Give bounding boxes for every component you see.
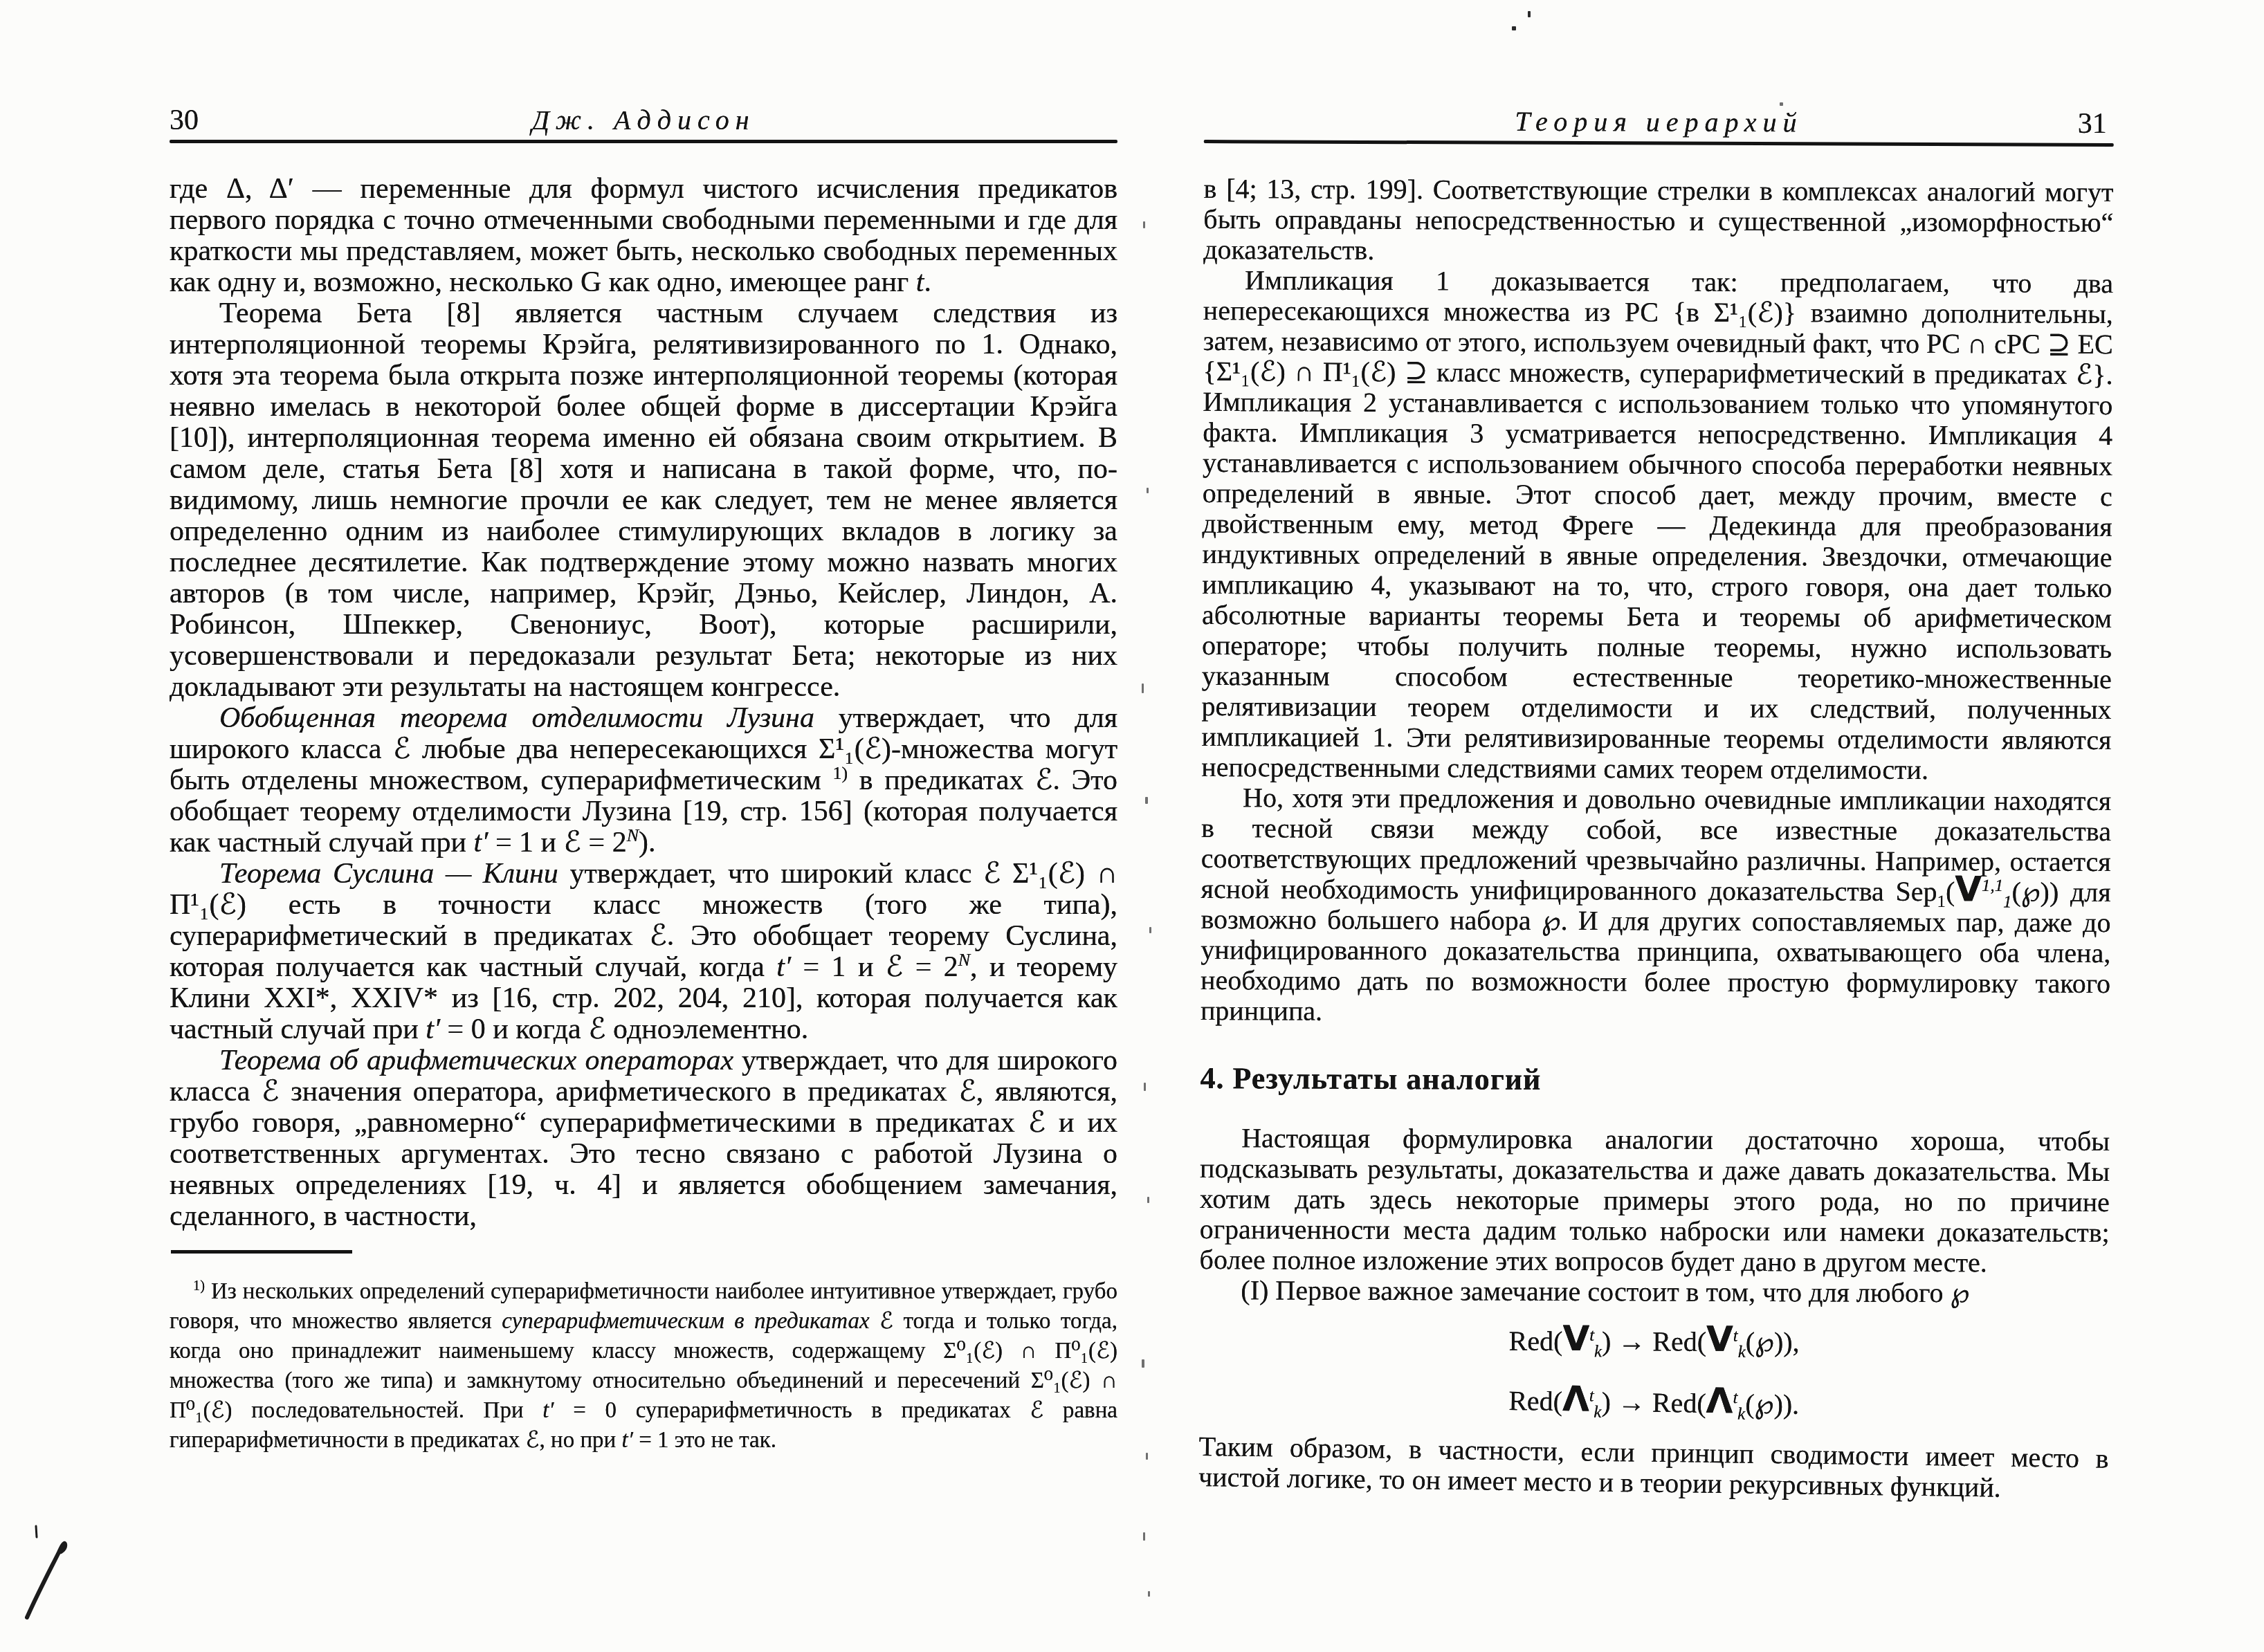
text-run: Теорема об арифметических операторах (219, 1045, 733, 1076)
footnote-rule (171, 1250, 352, 1254)
paragraph: где Δ, Δ′ — переменные для формул чистог… (170, 174, 1117, 298)
text-run: . (924, 266, 931, 298)
text-run: k (1737, 1404, 1745, 1423)
text-run: 1) (193, 1278, 205, 1294)
text-run: ) → Red( (1602, 1325, 1706, 1357)
gutter-speck (1146, 1453, 1148, 1460)
right-page: Теория иерархий 31 в [4; 13, стр. 199]. … (1198, 104, 2114, 1496)
text-run: ). (639, 827, 656, 859)
left-page-header: 30 Дж. Аддисон (170, 104, 1117, 140)
gutter-speck (1147, 488, 1149, 493)
text-run: 1) (832, 763, 848, 783)
text-run: Обобщенная теорема отделимости Лузина (219, 702, 814, 734)
text-run: = 1 и ℰ = 2 (791, 951, 958, 983)
footnote-text: 1) Из нескольких определений суперарифме… (170, 1277, 1117, 1456)
stray-speck (1528, 11, 1531, 17)
text-run: (℘)), (1746, 1326, 1800, 1357)
text-run: t′ (776, 951, 791, 983)
stray-speck (1512, 26, 1516, 30)
footnote-block: 1) Из нескольких определений суперарифме… (170, 1250, 1117, 1456)
gutter-speck (1149, 927, 1151, 933)
section-heading: 4. Результаты аналогий (1201, 1063, 2110, 1097)
text-run: V (1706, 1319, 1733, 1359)
text-run: в [4; 13, стр. 199]. Соответствующие стр… (1203, 173, 2114, 266)
gutter-speck (1143, 221, 1145, 228)
text-run: Импликация 1 доказывается так: предполаг… (1201, 264, 2113, 785)
book-spread: 30 Дж. Аддисон где Δ, Δ′ — переменные дл… (0, 0, 2264, 1652)
running-title-right: Теория иерархий (1204, 104, 2114, 140)
text-run: k (1594, 1403, 1601, 1422)
gutter-speck (1148, 1591, 1150, 1597)
paragraph: Импликация 1 доказывается так: предполаг… (1201, 265, 2113, 786)
text-run: Теорема Суслина — Клини (219, 858, 558, 890)
text-run: t (916, 266, 924, 298)
display-formula: Red(Λtk) → Red(Λtk(℘)). (1198, 1375, 2109, 1431)
left-page-body: где Δ, Δ′ — переменные для формул чистог… (170, 174, 1117, 1232)
display-formula: Red(Vtk) → Red(Vtk(℘)), (1199, 1318, 2109, 1366)
gutter-speck (1142, 1359, 1144, 1368)
right-page-header: Теория иерархий 31 (1204, 104, 2114, 143)
text-run: ) → Red( (1601, 1386, 1706, 1419)
gutter-speck (1147, 1197, 1149, 1203)
text-run: = 1 и ℰ = 2 (488, 827, 626, 859)
text-run: N (627, 825, 639, 845)
text-run: k (1738, 1343, 1746, 1361)
paragraph: Но, хотя эти предложения и довольно очев… (1201, 782, 2111, 1029)
text-run: (℘)). (1745, 1388, 1799, 1420)
right-page-body: в [4; 13, стр. 199]. Соответствующие стр… (1198, 174, 2113, 1496)
text-run: t′ (426, 1013, 440, 1045)
paragraph: (I) Первое важное замечание состоит в то… (1199, 1275, 2109, 1309)
text-run: Теорема Бета [8] является частным случае… (170, 297, 1117, 703)
text-run: V (1562, 1319, 1589, 1359)
gutter-speck (1142, 683, 1144, 693)
paragraph: Настоящая формулировка аналогии достаточ… (1199, 1123, 2110, 1278)
header-rule-left (170, 140, 1117, 143)
text-run: (I) Первое важное замечание состоит в то… (1241, 1274, 1969, 1308)
text-run: Red( (1509, 1325, 1563, 1357)
text-run: = 0 и когда ℰ одноэлементно. (440, 1013, 808, 1045)
text-run: k (1594, 1342, 1602, 1361)
text-run: t′ (542, 1398, 554, 1423)
gutter-speck (1144, 1083, 1146, 1091)
text-run: где Δ, Δ′ — переменные для формул чистог… (170, 173, 1117, 298)
text-run: суперарифметическим в предикатах (502, 1309, 869, 1334)
text-run: Настоящая формулировка аналогии достаточ… (1199, 1122, 2110, 1278)
paragraph: Теорема об арифметических операторах утв… (170, 1045, 1117, 1232)
text-run: Λ (1562, 1379, 1589, 1420)
paragraph: Теорема Суслина — Клини утверждает, что … (170, 859, 1117, 1045)
text-run: t′ (622, 1428, 633, 1453)
stray-speck (1780, 102, 1783, 106)
running-title-left: Дж. Аддисон (170, 104, 1117, 137)
text-run: Red( (1508, 1385, 1562, 1417)
left-page: 30 Дж. Аддисон где Δ, Δ′ — переменные дл… (170, 104, 1117, 1456)
text-run: 1,1 (1982, 877, 2003, 895)
paragraph: Таким образом, в частности, если принцип… (1198, 1431, 2109, 1505)
text-run: t′ (474, 827, 489, 859)
text-run: Λ (1706, 1381, 1733, 1422)
text-run: ( (1946, 876, 1955, 907)
text-run: Таким образом, в частности, если принцип… (1198, 1431, 2109, 1503)
paragraph: Обобщенная теорема отделимости Лузина ут… (170, 703, 1117, 859)
page-number-right: 31 (2078, 107, 2107, 140)
text-run: V (1955, 869, 1982, 909)
paragraph: Теорема Бета [8] является частным случае… (170, 298, 1117, 703)
page-number-left: 30 (170, 104, 199, 137)
text-run: N (958, 950, 970, 970)
paragraph: в [4; 13, стр. 199]. Соответствующие стр… (1203, 174, 2113, 268)
pen-stroke-mark (17, 1516, 93, 1627)
paragraph: 1) Из нескольких определений суперарифме… (170, 1277, 1117, 1456)
gutter-speck (1145, 797, 1148, 804)
text-run: 4. Результаты аналогий (1200, 1061, 1541, 1096)
gutter-speck (1143, 1532, 1145, 1541)
text-run: = 1 это не так. (633, 1428, 776, 1453)
